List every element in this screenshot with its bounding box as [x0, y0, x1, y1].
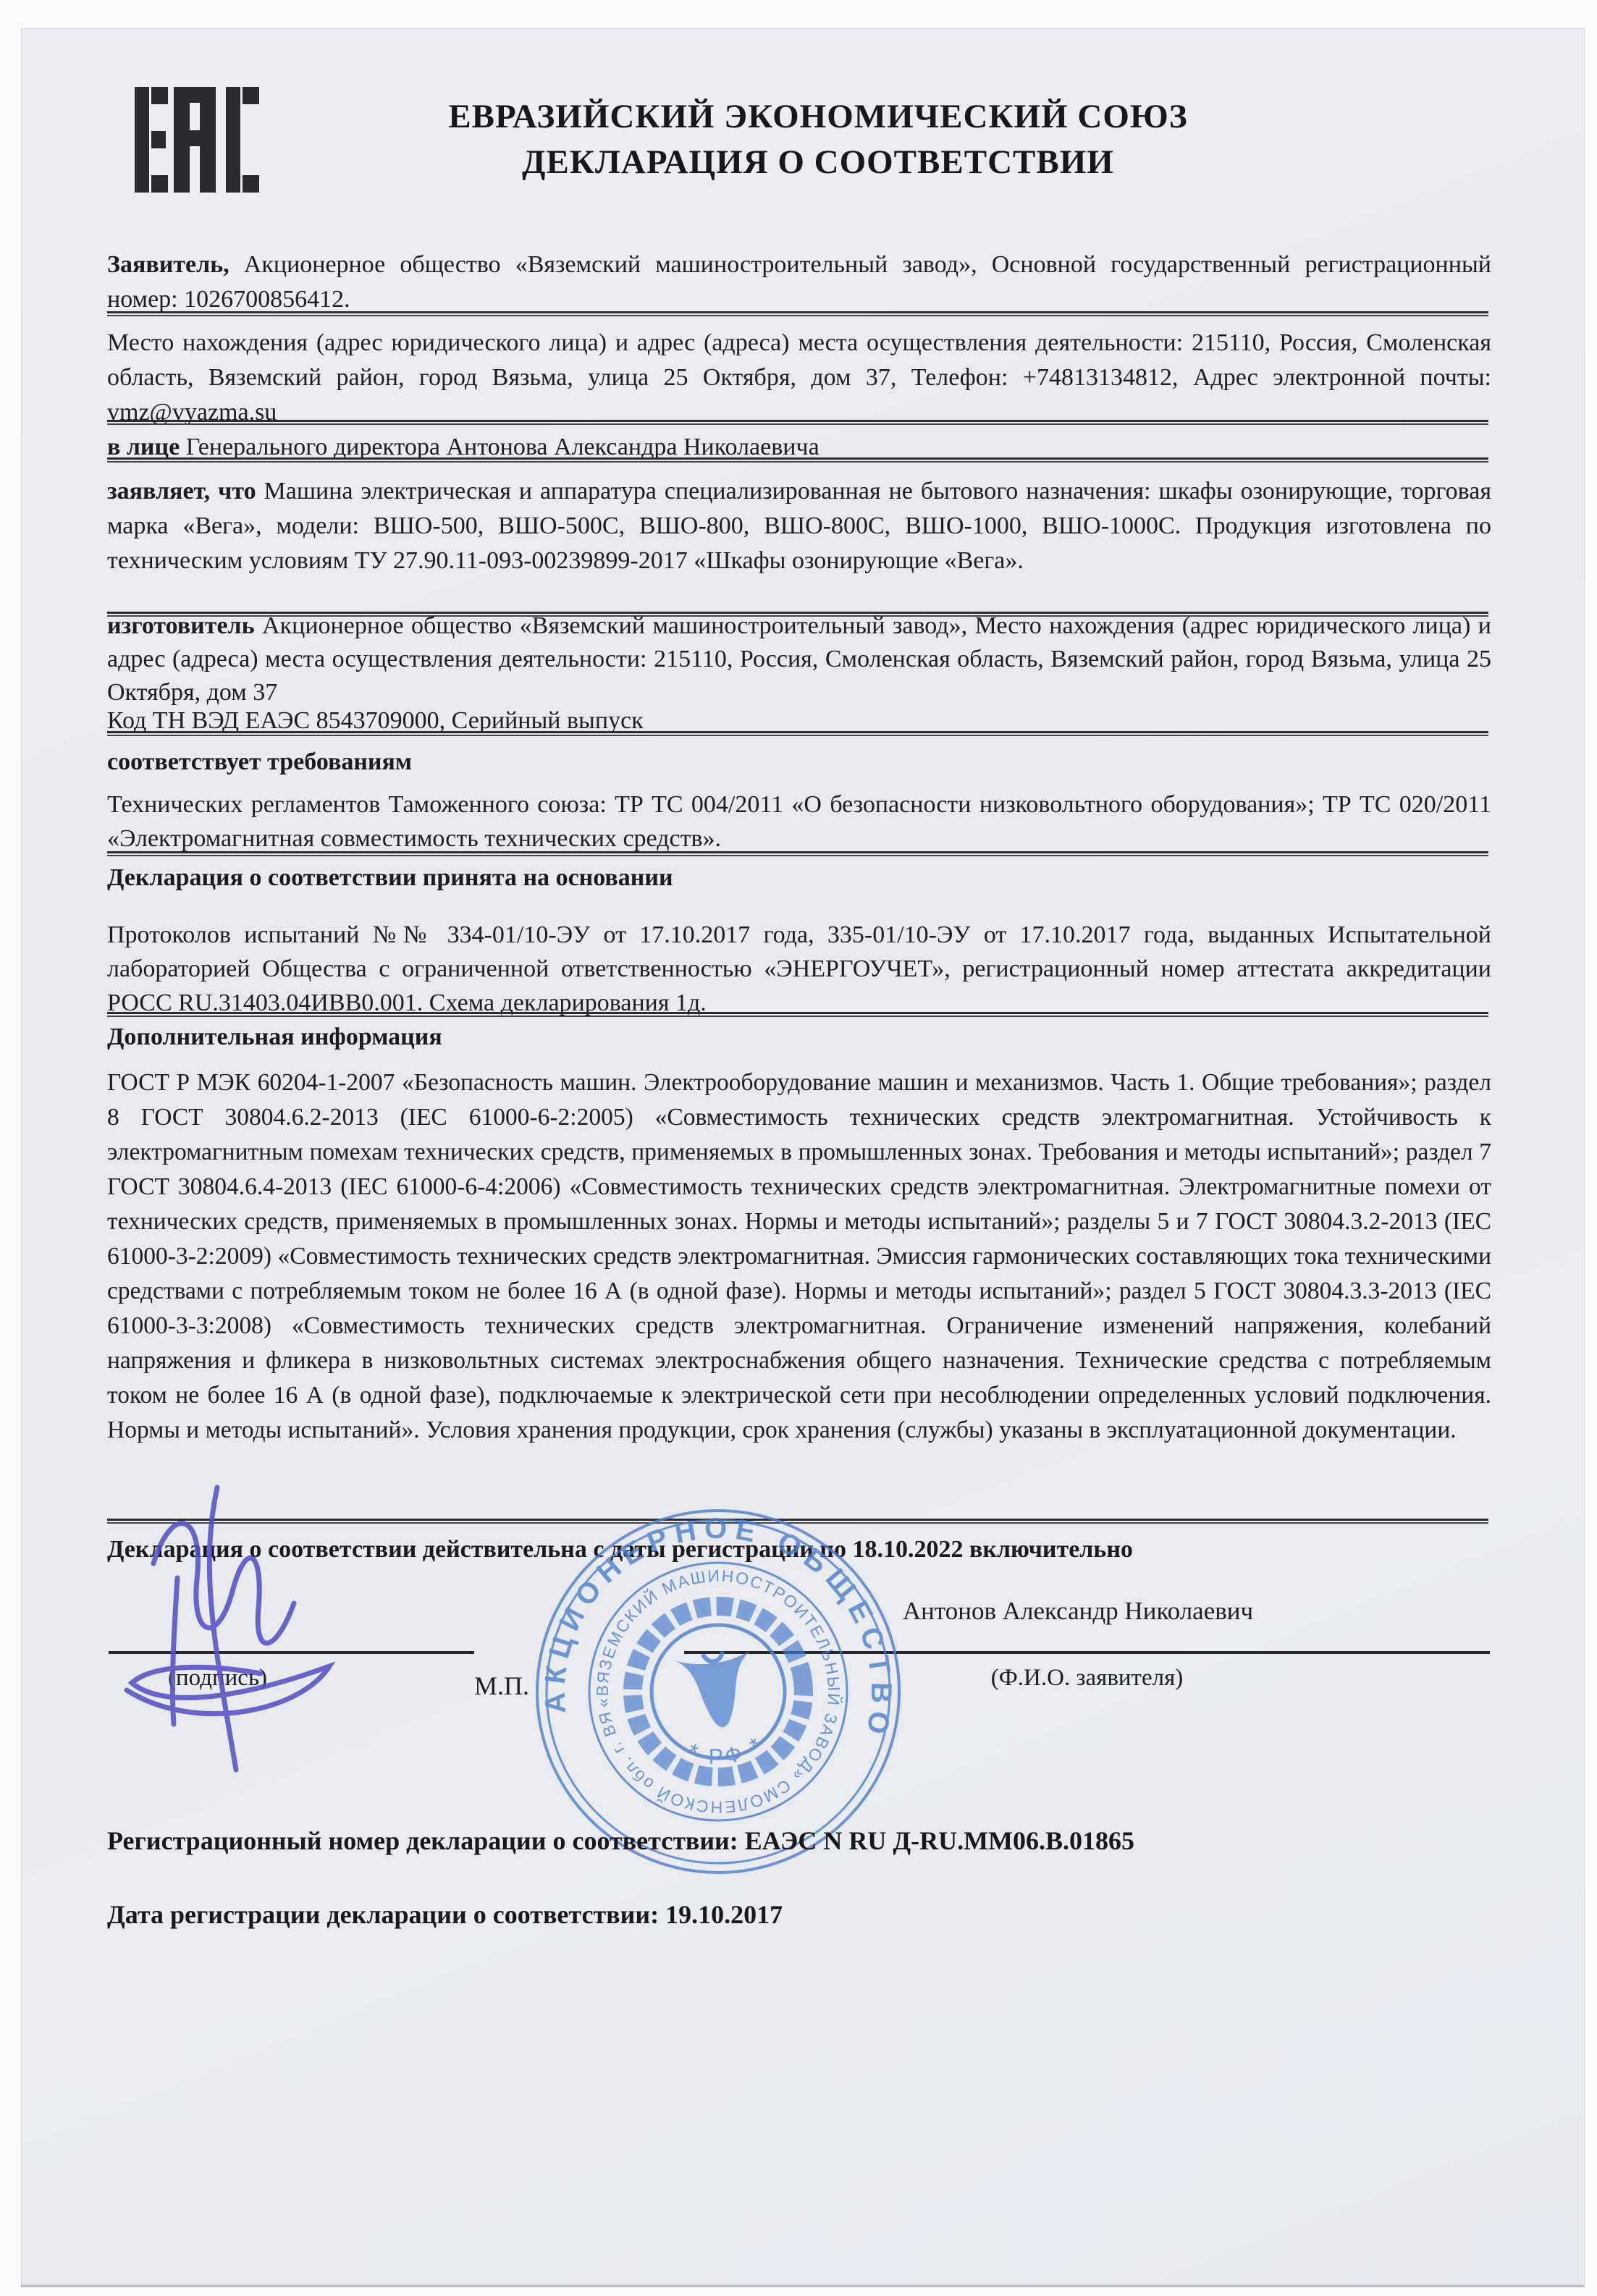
stamp-bottom-text: * РФ * [681, 1729, 772, 1776]
rule-under-applicant [107, 311, 1488, 317]
company-round-stamp: АКЦИОНЕРНОЕ ОБЩЕСТВО «ВЯЗЕМСКИЙ МАШИНОСТ… [530, 1503, 906, 1880]
represented-by-text: Генерального директора Антонова Александ… [180, 434, 819, 460]
declares-paragraph: заявляет, что Машина электрическая и апп… [107, 474, 1491, 578]
basis-paragraph: Протоколов испытаний №№ 334-01/10-ЭУ от … [107, 918, 1491, 1020]
stamp-emblem [676, 1650, 761, 1732]
stamp-graphic: АКЦИОНЕРНОЕ ОБЩЕСТВО «ВЯЗЕМСКИЙ МАШИНОСТ… [530, 1503, 906, 1880]
basis-heading: Декларация о соответствии принята на осн… [107, 864, 1491, 892]
additional-info-paragraph: ГОСТ Р МЭК 60204-1-2007 «Безопасность ма… [107, 1065, 1491, 1448]
manufacturer-text: Акционерное общество «Вяземский машиност… [107, 612, 1491, 706]
rule-under-represented-by [107, 457, 1488, 463]
handwritten-signature [109, 1469, 413, 1802]
applicant-label: Заявитель, [107, 251, 229, 278]
rule-under-basis [107, 1012, 1488, 1018]
title-line-1: ЕВРАЗИЙСКИЙ ЭКОНОМИЧЕСКИЙ СОЮЗ [217, 94, 1419, 140]
registration-date-line: Дата регистрации декларации о соответств… [107, 1899, 1526, 1930]
svg-text:* РФ *: * РФ * [681, 1729, 772, 1776]
address-text: Место нахождения (адрес юридического лиц… [107, 329, 1491, 426]
registration-number-value: ЕАЭС N RU Д-RU.ММ06.В.01865 [738, 1826, 1134, 1855]
declares-label: заявляет, что [107, 478, 256, 505]
basis-text: Протоколов испытаний №№ 334-01/10-ЭУ от … [107, 921, 1491, 1016]
regulations-paragraph: Технических регламентов Таможенного союз… [107, 788, 1491, 856]
registration-date-value: 19.10.2017 [659, 1900, 783, 1929]
stamp-place-caption: М.П. [474, 1671, 529, 1701]
applicant-paragraph: Заявитель, Акционерное общество «Вяземск… [107, 248, 1491, 317]
applicant-text: Акционерное общество «Вяземский машиност… [107, 251, 1491, 313]
registration-date-label: Дата регистрации декларации о соответств… [107, 1900, 659, 1929]
additional-info-heading: Дополнительная информация [107, 1024, 1491, 1051]
rule-under-manufacturer [107, 731, 1488, 737]
rule-under-regulations [107, 851, 1488, 857]
rule-under-address [107, 420, 1488, 426]
regulations-text: Технических регламентов Таможенного союз… [107, 791, 1491, 852]
manufacturer-label: изготовитель [107, 612, 255, 639]
additional-info-text: ГОСТ Р МЭК 60204-1-2007 «Безопасность ма… [107, 1069, 1491, 1443]
represented-by-label: в лице [107, 434, 180, 460]
title-line-2: ДЕКЛАРАЦИЯ О СООТВЕТСТВИИ [217, 140, 1419, 185]
manufacturer-paragraph: изготовитель Акционерное общество «Вязем… [107, 609, 1491, 709]
signature-strokes [109, 1469, 413, 1802]
meets-requirements-heading: соответствует требованиям [107, 748, 1491, 776]
registration-number-label: Регистрационный номер декларации о соотв… [107, 1826, 738, 1855]
declares-text: Машина электрическая и аппаратура специа… [107, 478, 1491, 574]
document-title: ЕВРАЗИЙСКИЙ ЭКОНОМИЧЕСКИЙ СОЮЗ ДЕКЛАРАЦИ… [217, 94, 1419, 185]
scanned-declaration-page: { "page": { "logo_text": "EAC", "title_l… [0, 0, 1597, 2296]
registration-number-line: Регистрационный номер декларации о соотв… [107, 1826, 1526, 1856]
address-paragraph: Место нахождения (адрес юридического лиц… [107, 326, 1491, 430]
